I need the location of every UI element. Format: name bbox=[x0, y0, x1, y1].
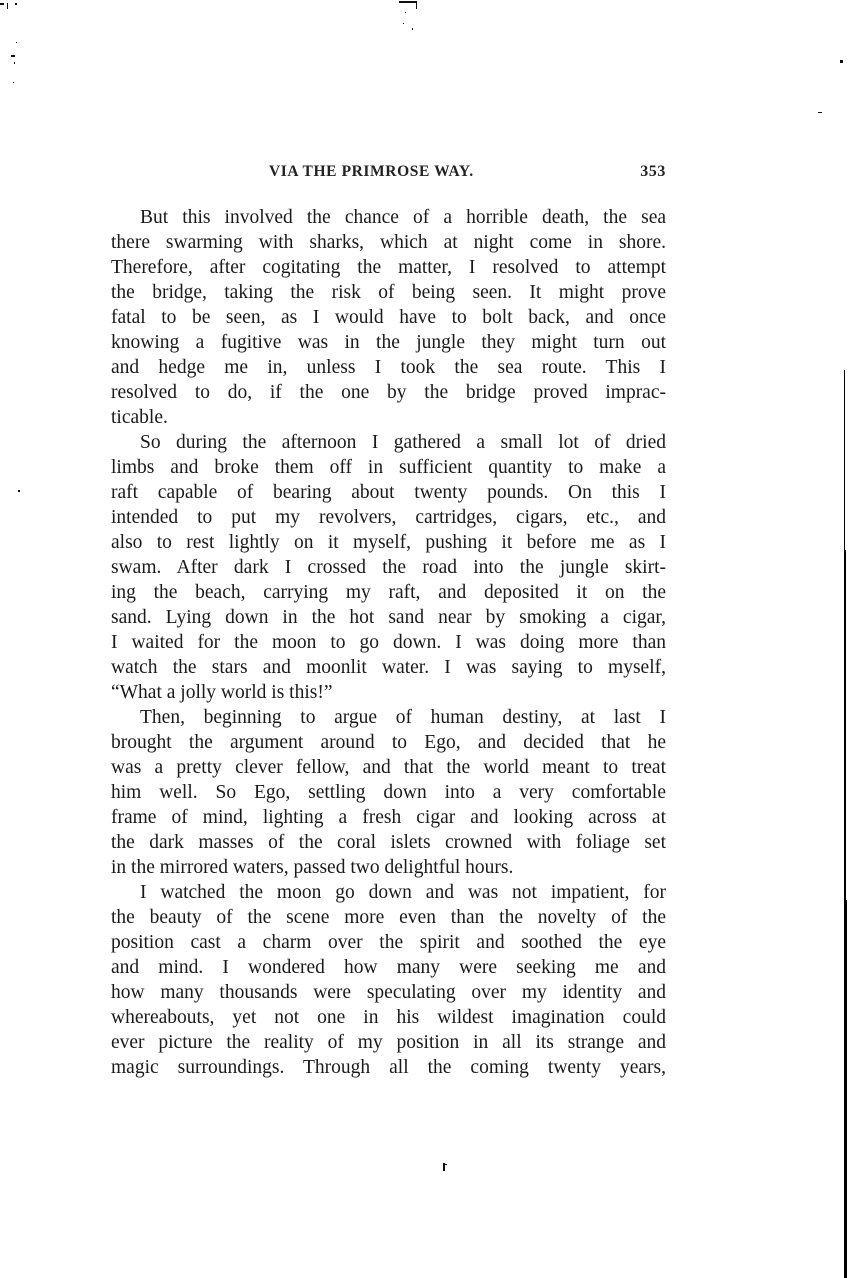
page-number: 353 bbox=[640, 163, 666, 181]
text-line: watch the stars and moonlit water. I was… bbox=[111, 655, 666, 680]
scan-speck bbox=[15, 3, 17, 5]
scan-speck bbox=[16, 42, 17, 43]
text-line: sand. Lying down in the hot sand near by… bbox=[111, 605, 666, 630]
text-line: frame of mind, lighting a fresh cigar an… bbox=[111, 805, 666, 830]
text-line: whereabouts, yet not one in his wildest … bbox=[111, 1005, 666, 1030]
text-line: the beauty of the scene more even than t… bbox=[111, 905, 666, 930]
text-line: and mind. I wondered how many were seeki… bbox=[111, 955, 666, 980]
text-line: So during the afternoon I gathered a sma… bbox=[111, 430, 666, 455]
text-line: how many thousands were speculating over… bbox=[111, 980, 666, 1005]
text-line: ever picture the reality of my position … bbox=[111, 1030, 666, 1055]
text-line: limbs and broke them off in sufficient q… bbox=[111, 455, 666, 480]
text-line: there swarming with sharks, which at nig… bbox=[111, 230, 666, 255]
scan-speck bbox=[416, 3, 417, 9]
text-line: him well. So Ego, settling down into a v… bbox=[111, 780, 666, 805]
text-line: Therefore, after cogitating the matter, … bbox=[111, 255, 666, 280]
running-head-title: VIA THE PRIMROSE WAY. bbox=[269, 163, 474, 181]
text-line: also to rest lightly on it myself, pushi… bbox=[111, 530, 666, 555]
text-line: Then, beginning to argue of human destin… bbox=[111, 705, 666, 730]
text-line: ing the beach, carrying my raft, and dep… bbox=[111, 580, 666, 605]
text-line: the bridge, taking the risk of being see… bbox=[111, 280, 666, 305]
scan-speck bbox=[0, 3, 4, 5]
scan-speck bbox=[14, 62, 15, 64]
text-line: I watched the moon go down and was not i… bbox=[111, 880, 666, 905]
text-line: in the mirrored waters, passed two delig… bbox=[111, 855, 666, 880]
scan-speck bbox=[399, 1, 417, 3]
text-line: knowing a fugitive was in the jungle the… bbox=[111, 330, 666, 355]
scan-speck bbox=[11, 55, 15, 57]
paragraph-3: Then, beginning to argue of human destin… bbox=[111, 705, 666, 880]
text-line: position cast a charm over the spirit an… bbox=[111, 930, 666, 955]
scan-speck bbox=[403, 23, 404, 24]
page-edge-rule bbox=[844, 550, 846, 900]
text-line: and hedge me in, unless I took the sea r… bbox=[111, 355, 666, 380]
paragraph-2: So during the afternoon I gathered a sma… bbox=[111, 430, 666, 705]
text-line: raft capable of bearing about twenty pou… bbox=[111, 480, 666, 505]
text-line: fatal to be seen, as I would have to bol… bbox=[111, 305, 666, 330]
text-line: brought the argument around to Ego, and … bbox=[111, 730, 666, 755]
scan-speck bbox=[445, 1164, 447, 1165]
scan-speck bbox=[412, 28, 413, 30]
book-page: VIA THE PRIMROSE WAY. 353 But this invol… bbox=[0, 0, 848, 1278]
scan-speck bbox=[7, 3, 8, 9]
scan-speck bbox=[818, 112, 822, 113]
text-line: But this involved the chance of a horrib… bbox=[111, 205, 666, 230]
text-line: the dark masses of the coral islets crow… bbox=[111, 830, 666, 855]
text-line: swam. After dark I crossed the road into… bbox=[111, 555, 666, 580]
text-line: ticable. bbox=[111, 405, 666, 430]
text-line: intended to put my revolvers, cartridges… bbox=[111, 505, 666, 530]
text-line: “What a jolly world is this!” bbox=[111, 680, 666, 705]
text-line: resolved to do, if the one by the bridge… bbox=[111, 380, 666, 405]
page-edge-rule bbox=[844, 370, 845, 550]
paragraph-4: I watched the moon go down and was not i… bbox=[111, 880, 666, 1080]
text-line: I waited for the moon to go down. I was … bbox=[111, 630, 666, 655]
body-text: But this involved the chance of a horrib… bbox=[111, 205, 666, 1080]
scan-speck bbox=[405, 12, 406, 13]
running-head: VIA THE PRIMROSE WAY. 353 bbox=[111, 163, 666, 187]
text-line: magic surroundings. Through all the comi… bbox=[111, 1055, 666, 1080]
scan-speck bbox=[18, 490, 20, 492]
scan-speck bbox=[840, 60, 843, 63]
page-edge-rule bbox=[844, 900, 847, 1278]
scan-speck bbox=[13, 82, 14, 83]
text-line: was a pretty clever fellow, and that the… bbox=[111, 755, 666, 780]
paragraph-1: But this involved the chance of a horrib… bbox=[111, 205, 666, 430]
